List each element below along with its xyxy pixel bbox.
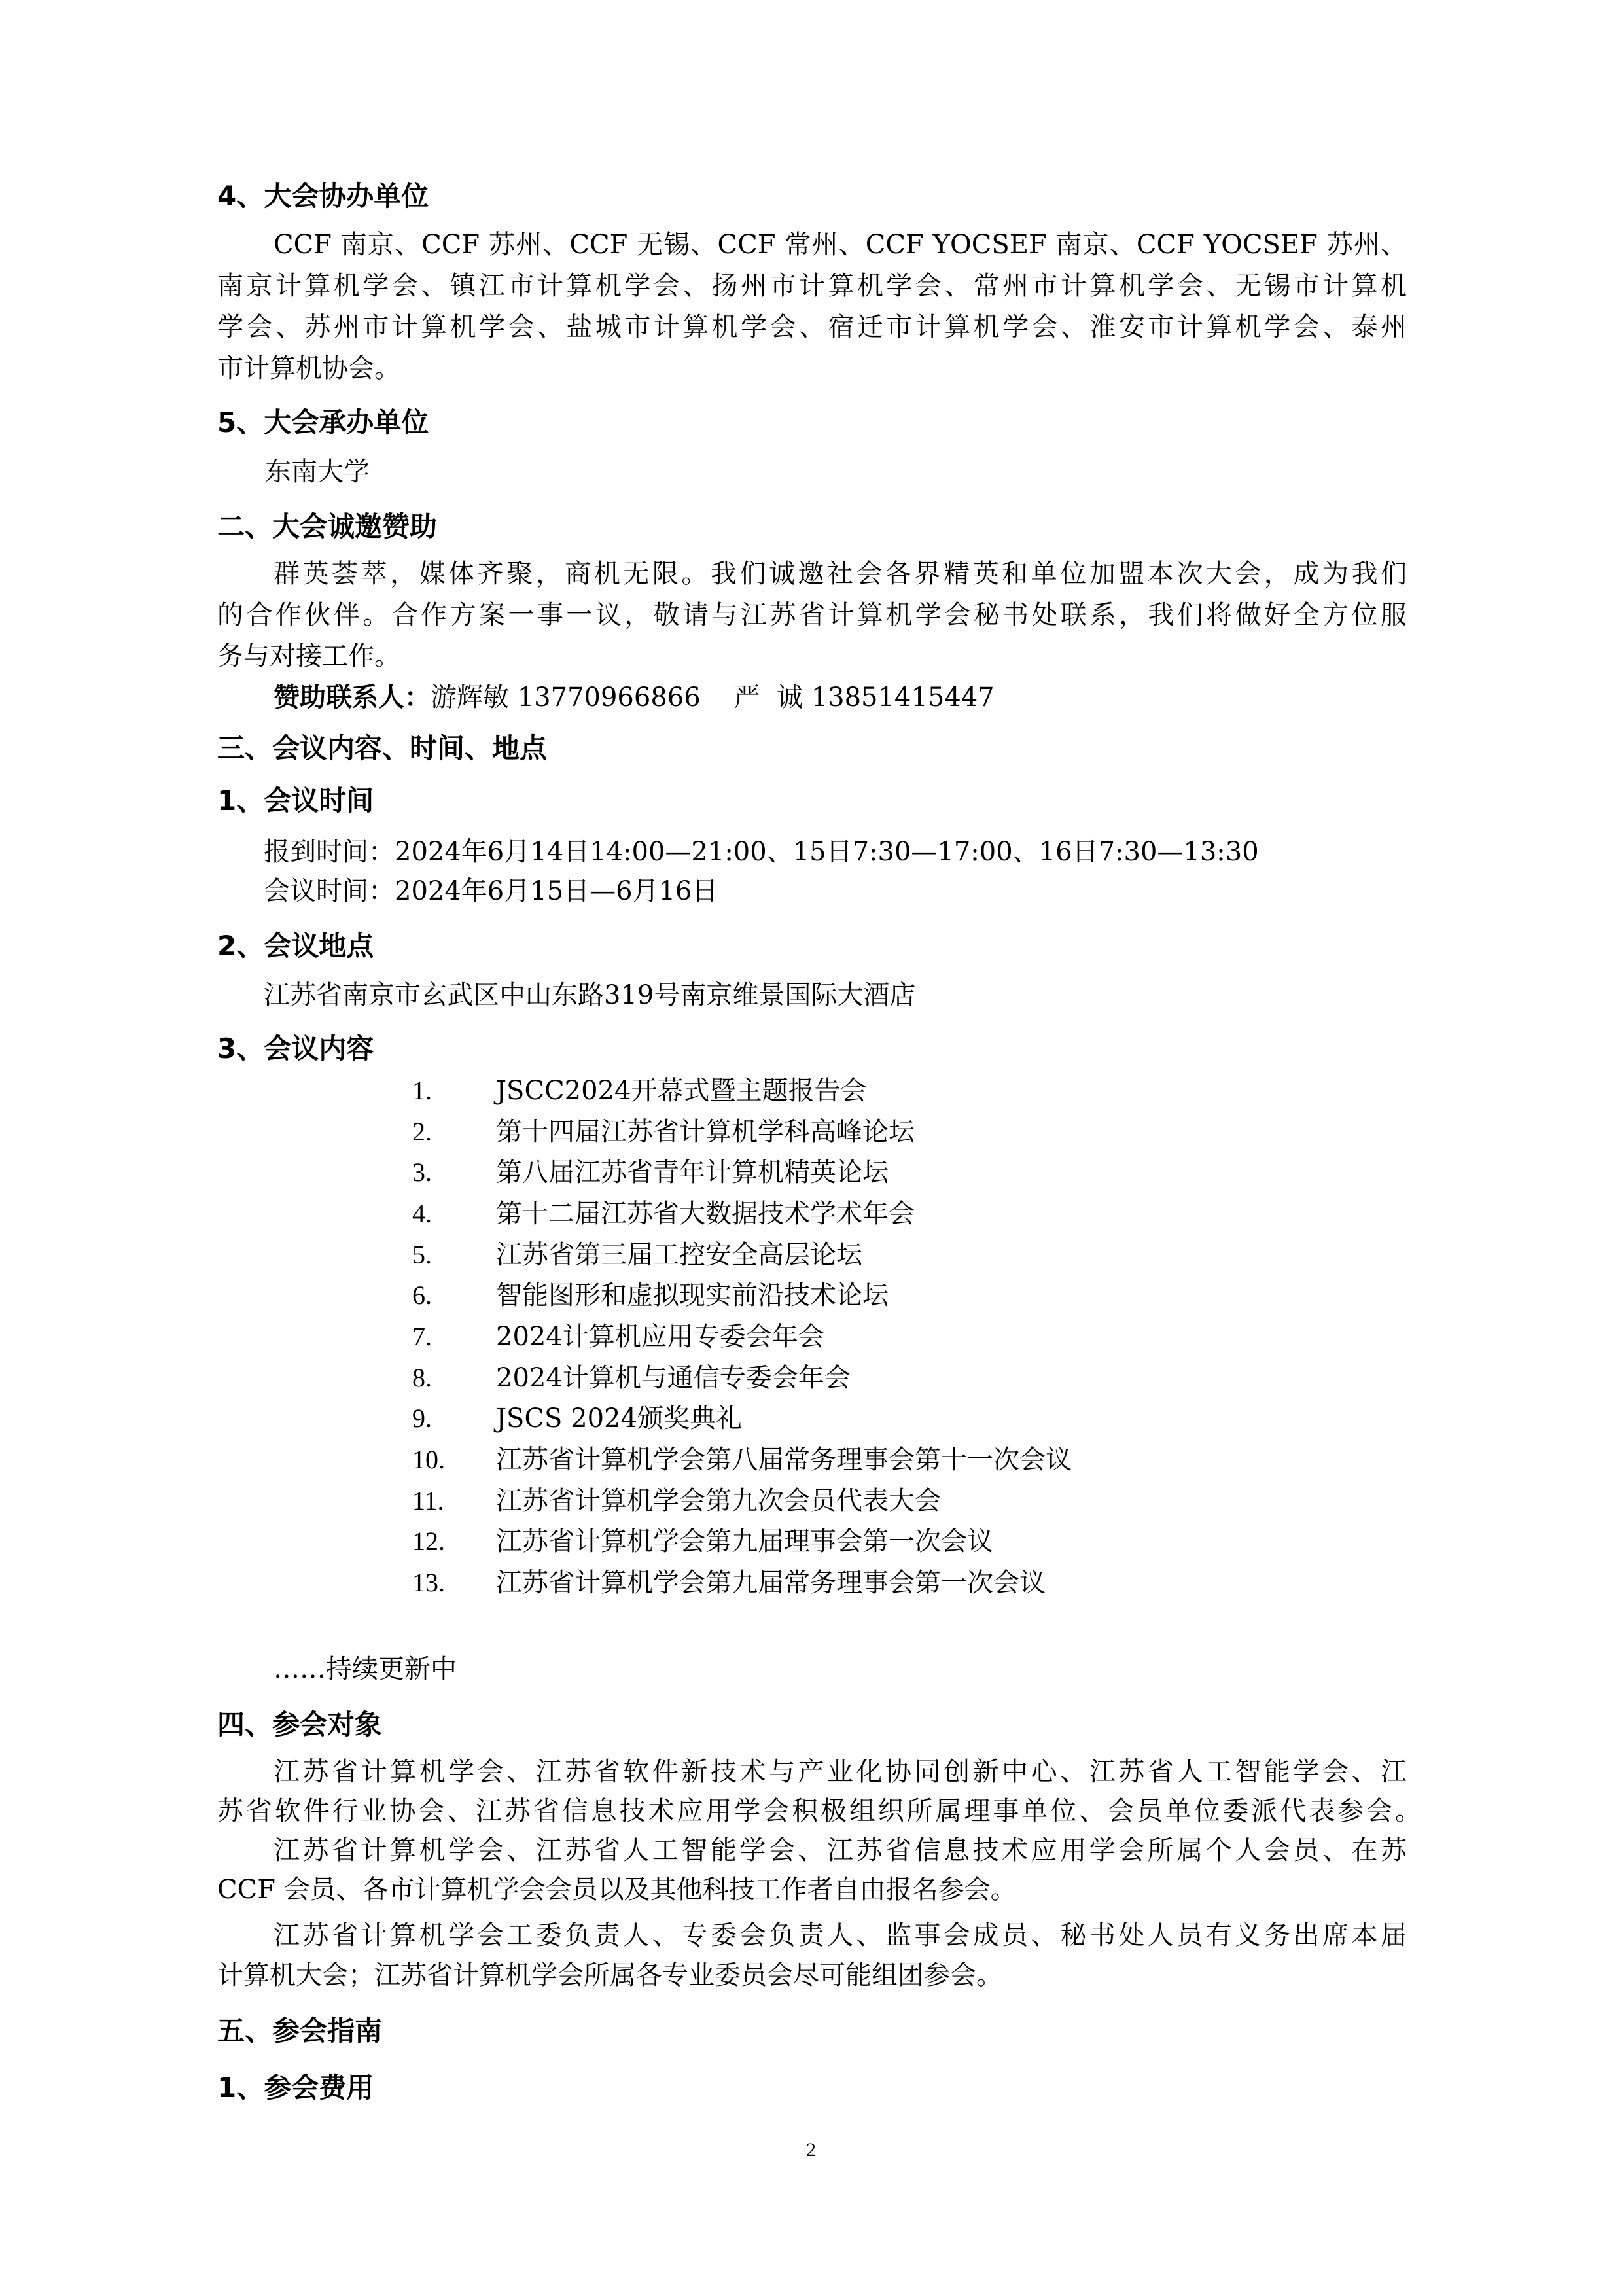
list-item-number: 9. (412, 1403, 432, 1434)
sponsor-contact-2-phone: 13851415447 (811, 682, 995, 713)
attendees-line-1: 江苏省计算机学会、江苏省软件新技术与产业化协同创新中心、江苏省人工智能学会、江 (274, 1756, 1407, 1788)
attendees-line-3: 江苏省计算机学会、江苏省人工智能学会、江苏省信息技术应用学会所属个人会员、在苏 (274, 1835, 1407, 1866)
attendees-line-6: 计算机大会；江苏省计算机学会所属各专业委员会尽可能组团参会。 (217, 1960, 1002, 1991)
list-item-number: 5. (412, 1239, 432, 1271)
heading-sponsorship: 二、大会诚邀赞助 (217, 511, 437, 542)
list-item-text: 第十二届江苏省大数据技术学术年会 (496, 1198, 915, 1229)
list-item-text: JSCS 2024颁奖典礼 (496, 1403, 742, 1434)
list-item-number: 11. (412, 1485, 444, 1517)
heading-meeting-time: 1、会议时间 (217, 785, 374, 817)
list-item-number: 8. (412, 1362, 432, 1394)
conference-time: 会议时间：2024年6月15日—6月16日 (264, 875, 718, 907)
list-item-number: 10. (412, 1444, 445, 1475)
list-item-text: 智能图形和虚拟现实前沿技术论坛 (496, 1280, 889, 1311)
sponsor-contact-1-name: 游辉敏 (431, 682, 509, 713)
list-item-text: 2024计算机应用专委会年会 (496, 1321, 824, 1352)
list-item-text: 2024计算机与通信专委会年会 (496, 1362, 851, 1394)
page-number: 2 (806, 2138, 816, 2162)
list-item-text: 江苏省计算机学会第九届常务理事会第一次会议 (496, 1567, 1046, 1598)
venue-address: 江苏省南京市玄武区中山东路319号南京维景国际大酒店 (264, 980, 915, 1011)
list-item-text: 第十四届江苏省计算机学科高峰论坛 (496, 1116, 915, 1148)
registration-time: 报到时间：2024年6月14日14:00—21:00、15日7:30—17:00… (264, 836, 1259, 868)
heading-content: 3、会议内容 (217, 1033, 374, 1065)
list-item-number: 3. (412, 1157, 432, 1188)
list-item-number: 13. (412, 1567, 445, 1598)
list-item-number: 4. (412, 1198, 432, 1229)
sponsorship-line-1: 群英荟萃，媒体齐聚，商机无限。我们诚邀社会各界精英和单位加盟本次大会，成为我们 (274, 558, 1407, 590)
list-item-text: 江苏省计算机学会第八届常务理事会第十一次会议 (496, 1444, 1072, 1475)
co-organizers-line-3: 学会、苏州市计算机学会、盐城市计算机学会、宿迁市计算机学会、淮安市计算机学会、泰… (217, 311, 1407, 343)
heading-attendees: 四、参会对象 (217, 1709, 382, 1740)
heading-meeting: 三、会议内容、时间、地点 (217, 733, 547, 764)
heading-host: 5、大会承办单位 (217, 407, 429, 438)
sponsor-contact-1-phone: 13770966866 (518, 682, 701, 713)
sponsor-contact-label: 赞助联系人： (274, 682, 431, 713)
attendees-line-4: CCF 会员、各市计算机学会会员以及其他科技工作者自由报名参会。 (217, 1874, 1017, 1905)
heading-fee: 1、参会费用 (217, 2072, 374, 2104)
list-item-number: 12. (412, 1526, 445, 1557)
sponsorship-line-2: 的合作伙伴。合作方案一事一议，敬请与江苏省计算机学会秘书处联系，我们将做好全方位… (217, 599, 1407, 631)
sponsorship-line-3: 务与对接工作。 (217, 641, 400, 672)
list-item-text: 江苏省计算机学会第九次会员代表大会 (496, 1485, 941, 1517)
list-item-number: 1. (412, 1075, 432, 1106)
list-item-text: 江苏省计算机学会第九届理事会第一次会议 (496, 1526, 993, 1557)
co-organizers-line-2: 南京计算机学会、镇江市计算机学会、扬州市计算机学会、常州市计算机学会、无锡市计算… (217, 270, 1407, 302)
sponsor-contact-2-name: 严 诚 (734, 682, 803, 713)
co-organizers-line-1: CCF 南京、CCF 苏州、CCF 无锡、CCF 常州、CCF YOCSEF 南… (274, 229, 1407, 260)
list-item-text: 第八届江苏省青年计算机精英论坛 (496, 1157, 889, 1188)
host-text: 东南大学 (265, 456, 370, 487)
sponsor-contact-line: 赞助联系人：游辉敏 13770966866 严 诚 13851415447 (274, 682, 995, 713)
heading-co-organizers: 4、大会协办单位 (217, 181, 429, 212)
list-item-number: 2. (412, 1116, 432, 1148)
heading-guide: 五、参会指南 (217, 2015, 382, 2047)
heading-venue: 2、会议地点 (217, 930, 374, 962)
attendees-line-2: 苏省软件行业协会、江苏省信息技术应用学会积极组织所属理事单位、会员单位委派代表参… (217, 1795, 1421, 1827)
list-item-number: 6. (412, 1280, 432, 1311)
attendees-line-5: 江苏省计算机学会工委负责人、专委会负责人、监事会成员、秘书处人员有义务出席本届 (274, 1920, 1407, 1951)
list-item-number: 7. (412, 1321, 432, 1352)
agenda-more-note: ……持续更新中 (274, 1653, 457, 1685)
list-item-text: JSCC2024开幕式暨主题报告会 (496, 1075, 866, 1106)
co-organizers-line-4: 市计算机协会。 (217, 353, 400, 384)
list-item-text: 江苏省第三届工控安全高层论坛 (496, 1239, 862, 1271)
